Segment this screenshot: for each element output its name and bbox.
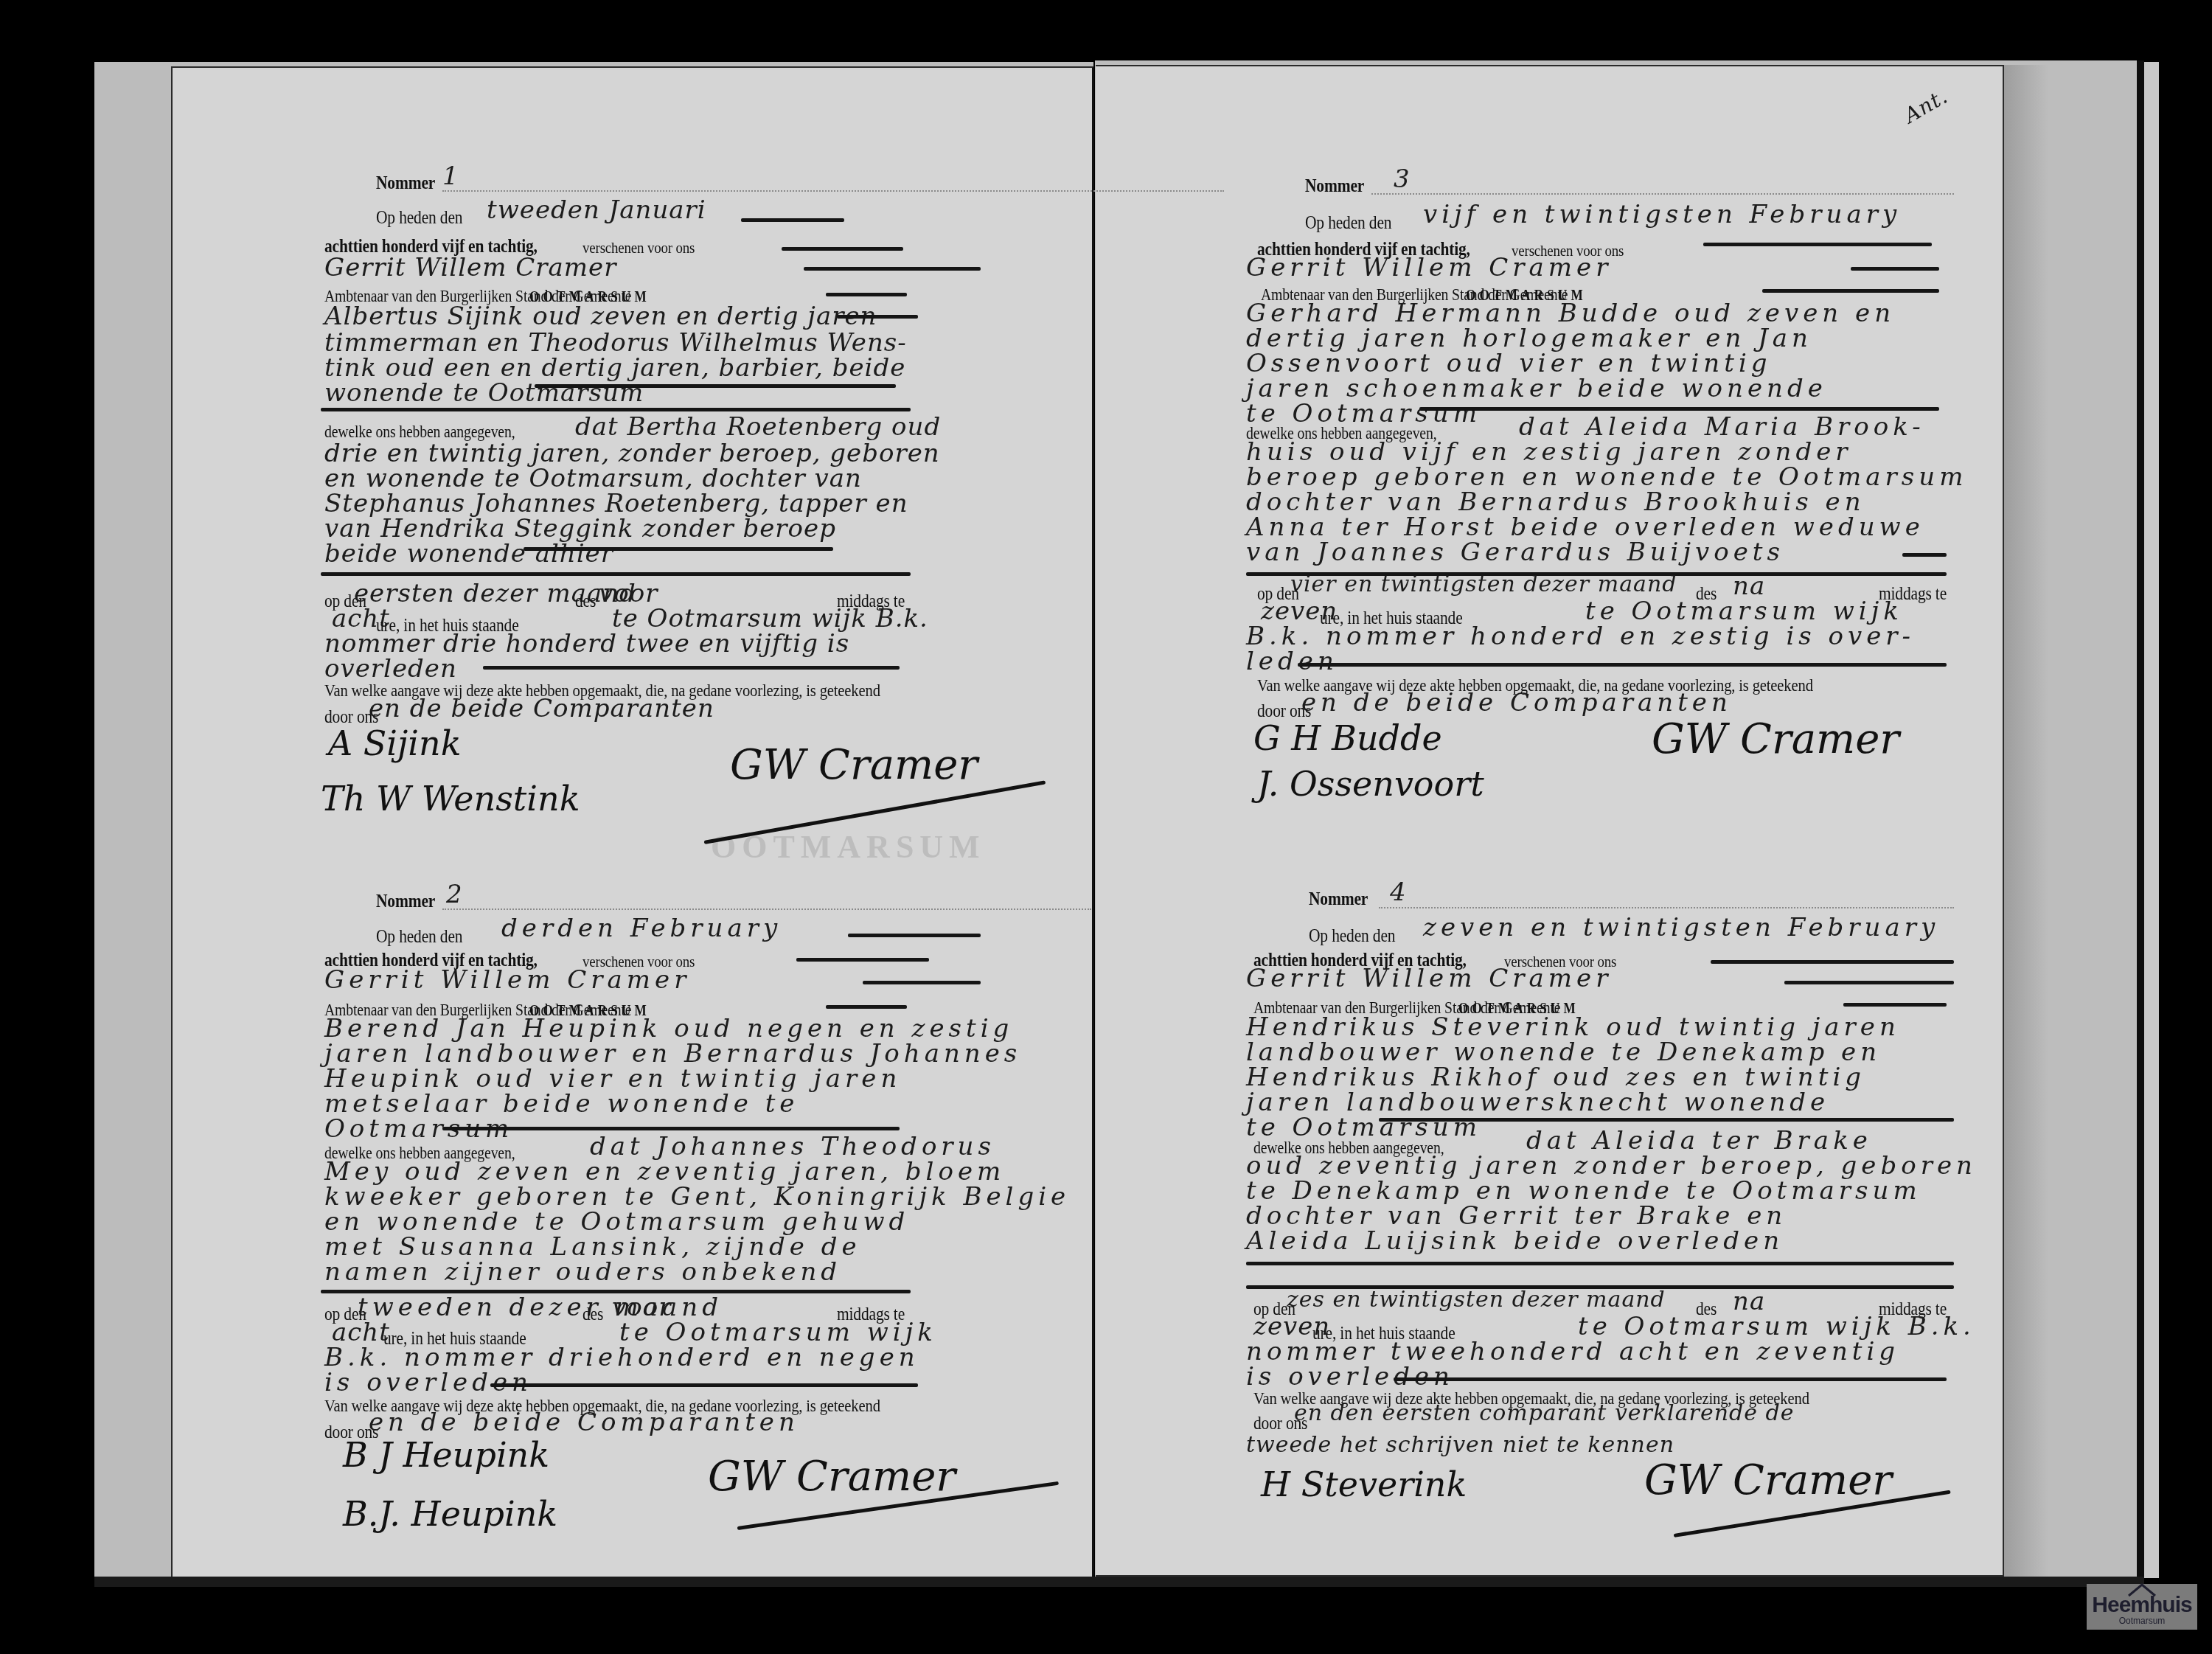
witness-line: Ossenvoort oud vier en twintig xyxy=(1246,351,1772,376)
official-name: Gerrit Willem Cramer xyxy=(1246,255,1612,280)
place-line: B.k. nommer driehonderd en negen xyxy=(324,1345,919,1370)
fill-rule xyxy=(524,547,833,551)
fill-rule xyxy=(1711,960,1954,964)
registrar-signature: GW Cramer xyxy=(708,1456,956,1498)
witness-line: te Ootmarsum xyxy=(1246,401,1481,426)
logo-brand: Heemhuis xyxy=(2087,1594,2197,1616)
place-line: overleden xyxy=(324,656,457,681)
dotted-line xyxy=(1379,907,1954,908)
declaration-line: Anna ter Horst beide overleden weduwe xyxy=(1246,515,1924,540)
witness-line: Albertus Sijink oud zeven en dertig jare… xyxy=(324,304,877,329)
declaration-line: beide wonende alhier xyxy=(324,541,613,566)
place-line: is overleden xyxy=(324,1370,532,1395)
binding-edge-dark xyxy=(2137,60,2144,1580)
des-label: des xyxy=(582,1305,603,1324)
fill-rule xyxy=(535,384,896,388)
witness-line: landbouwer wonende te Denekamp en xyxy=(1246,1040,1881,1065)
declaration-line: van Hendrika Steggink zonder beroep xyxy=(324,516,836,541)
registrar-signature: GW Cramer xyxy=(1644,1460,1892,1501)
place-line: nommer drie honderd twee en vijftig is xyxy=(324,631,849,656)
place-line: te Ootmarsum wijk xyxy=(619,1320,937,1345)
declaration-line: huis oud vijf en zestig jaren zonder xyxy=(1246,439,1852,465)
witness-line: Berend Jan Heupink oud negen en zestig xyxy=(324,1016,1013,1041)
witness-line: Heupink oud vier en twintig jaren xyxy=(324,1066,901,1091)
place-line: B.k. nommer honderd en zestig is over- xyxy=(1246,624,1915,649)
registrar-signature: GW Cramer xyxy=(730,745,978,786)
official-name: Gerrit Willem Cramer xyxy=(324,967,690,993)
fill-rule xyxy=(863,981,981,984)
record-number: 4 xyxy=(1390,880,1407,905)
ampm: na xyxy=(1733,574,1765,599)
witness-line: Hendrikus Steverink oud twintig jaren xyxy=(1246,1015,1900,1040)
declaration-line: Stephanus Johannes Roetenberg, tapper en xyxy=(324,491,908,516)
declaration-line: van Joannes Gerardus Buijvoets xyxy=(1246,540,1784,565)
house-roof-icon xyxy=(2127,1582,2157,1597)
logo-subtitle: Ootmarsum xyxy=(2087,1616,2197,1625)
witness-line: Gerhard Hermann Budde oud zeven en xyxy=(1246,301,1895,326)
signature: B.J. Heupink xyxy=(343,1497,557,1531)
dewelke-label: dewelke ons hebben aangegeven, xyxy=(324,423,515,440)
place-line: is overleden xyxy=(1246,1364,1454,1389)
signature: G H Budde xyxy=(1253,721,1442,755)
signed-by-line: tweede het schrijven niet te kennen xyxy=(1246,1434,1674,1456)
declaration-line: kweeker geboren te Gent, Koningrijk Belg… xyxy=(324,1184,1070,1209)
place-line: nommer tweehonderd acht en zeventig xyxy=(1246,1339,1899,1364)
dotted-line xyxy=(1371,193,1954,195)
declaration-line: drie en twintig jaren, zonder beroep, ge… xyxy=(324,441,940,466)
witness-line: jaren landbouwer en Bernardus Johannes xyxy=(324,1041,1021,1066)
record-number: 1 xyxy=(442,164,459,189)
declaration-line: oud zeventig jaren zonder beroep, gebore… xyxy=(1246,1153,1977,1178)
nommer-label: Nommer xyxy=(376,174,435,192)
declaration-line: met Susanna Lansink, zijnde de xyxy=(324,1234,861,1259)
nommer-label: Nommer xyxy=(376,892,435,911)
death-day: zes en twintigsten dezer maand xyxy=(1287,1289,1666,1311)
op-heden-label: Op heden den xyxy=(376,209,462,227)
dotted-line xyxy=(442,190,1224,192)
op-heden-label: Op heden den xyxy=(376,928,462,946)
place-line: leden xyxy=(1246,649,1338,674)
fill-rule xyxy=(1246,1262,1954,1265)
fill-rule xyxy=(1394,1377,1947,1381)
record-date: derden February xyxy=(501,916,782,941)
declaration-line: namen zijner ouders onbekend xyxy=(324,1259,841,1285)
declaration-line: dat Aleida ter Brake xyxy=(1526,1128,1872,1153)
fill-rule xyxy=(1379,1118,1954,1122)
fill-rule xyxy=(804,267,981,271)
heemhuis-logo: Heemhuis Ootmarsum xyxy=(2087,1584,2197,1630)
declaration-line: te Denekamp en wonende te Ootmarsum xyxy=(1246,1178,1921,1203)
place-line: te Ootmarsum wijk B.k. xyxy=(612,606,928,631)
signature: B J Heupink xyxy=(343,1438,549,1472)
fill-rule xyxy=(826,293,907,296)
nommer-label: Nommer xyxy=(1309,890,1368,908)
fill-rule xyxy=(1298,663,1947,667)
ampm: voor xyxy=(599,581,658,606)
signed-by: en de beide Comparanten xyxy=(1301,690,1732,715)
page-bottom-edge xyxy=(94,1577,2144,1587)
hour: acht xyxy=(332,1320,390,1345)
record-number: 3 xyxy=(1394,167,1411,192)
witness-line: jaren landbouwersknecht wonende xyxy=(1246,1090,1829,1115)
fill-rule xyxy=(1851,267,1939,271)
ampm: na xyxy=(1733,1289,1765,1314)
witness-line: dertig jaren horlogemaker en Jan xyxy=(1246,326,1812,351)
fill-rule xyxy=(1419,407,1939,411)
fill-rule xyxy=(1762,289,1939,293)
declaration-line: dochter van Gerrit ter Brake en xyxy=(1246,1203,1787,1229)
fill-rule xyxy=(782,247,903,251)
page-shadow xyxy=(2004,65,2048,1577)
witness-line: Hendrikus Rikhof oud zes en twintig xyxy=(1246,1065,1865,1090)
fill-rule xyxy=(1703,243,1932,246)
dotted-line xyxy=(442,908,1091,910)
fill-rule xyxy=(848,934,981,937)
witness-line: tink oud een en dertig jaren, barbier, b… xyxy=(324,355,905,381)
declaration-line: beroep geboren en wonende te Ootmarsum xyxy=(1246,465,1967,490)
signature: H Steverink xyxy=(1261,1467,1467,1501)
fill-rule xyxy=(837,315,918,319)
declaration-line: dochter van Bernardus Brookhuis en xyxy=(1246,490,1865,515)
witness-line: timmerman en Theodorus Wilhelmus Wens- xyxy=(324,330,907,355)
signature: A Sijink xyxy=(328,726,462,760)
fill-rule xyxy=(1843,1003,1947,1007)
declaration-line: Aleida Luijsink beide overleden xyxy=(1246,1229,1784,1254)
declaration-line: dat Aleida Maria Brook- xyxy=(1519,414,1925,439)
signed-by-line: en den eersten comparant verklarende de xyxy=(1294,1403,1794,1425)
op-heden-label: Op heden den xyxy=(1305,214,1391,232)
record-number: 2 xyxy=(446,882,463,907)
des-label: des xyxy=(575,592,596,611)
signature: Th W Wenstink xyxy=(321,782,580,816)
fill-rule xyxy=(1902,553,1947,557)
record-date: zeven en twintigsten February xyxy=(1423,915,1939,940)
ampm: voor xyxy=(612,1295,671,1320)
official-name: Gerrit Willem Cramer xyxy=(324,255,616,280)
declaration-line: dat Bertha Roetenberg oud xyxy=(575,414,941,439)
registrar-signature: GW Cramer xyxy=(1652,719,1899,760)
declaration-line: en wonende te Ootmarsum gehuwd xyxy=(324,1209,909,1234)
fill-rule xyxy=(490,1383,918,1387)
declaration-line: dat Johannes Theodorus xyxy=(590,1134,995,1159)
fill-rule xyxy=(442,1127,900,1130)
nommer-label: Nommer xyxy=(1305,177,1364,195)
place-line: te Ootmarsum wijk B.k. xyxy=(1578,1314,1975,1339)
declaration-line: Mey oud zeven en zeventig jaren, bloem xyxy=(324,1159,1005,1184)
declaration-line: en wonende te Ootmarsum, dochter van xyxy=(324,466,862,491)
fill-rule xyxy=(741,218,844,222)
fill-rule xyxy=(826,1005,907,1009)
op-heden-label: Op heden den xyxy=(1309,927,1395,945)
fill-rule xyxy=(1784,981,1954,984)
signed-by: en de beide Comparanten xyxy=(369,1410,799,1435)
binding-edge-light xyxy=(2144,62,2159,1578)
signed-by: en de beide Comparanten xyxy=(369,696,714,721)
witness-line: metselaar beide wonende te xyxy=(324,1091,799,1116)
fill-rule xyxy=(483,666,900,670)
record-date: vijf en twintigsten February xyxy=(1423,202,1901,227)
fill-rule xyxy=(321,572,911,576)
place-line: te Ootmarsum wijk xyxy=(1585,599,1903,624)
record-date: tweeden Januari xyxy=(487,198,706,223)
corner-annotation: Ant. xyxy=(1901,86,1951,126)
fill-rule xyxy=(796,958,929,962)
official-name: Gerrit Willem Cramer xyxy=(1246,966,1612,991)
signature: J. Ossenvoort xyxy=(1257,767,1484,801)
witness-line: jaren schoenmaker beide wonende xyxy=(1246,376,1827,401)
death-day: vier en twintigsten dezer maand xyxy=(1290,574,1677,596)
fill-rule xyxy=(321,408,911,411)
